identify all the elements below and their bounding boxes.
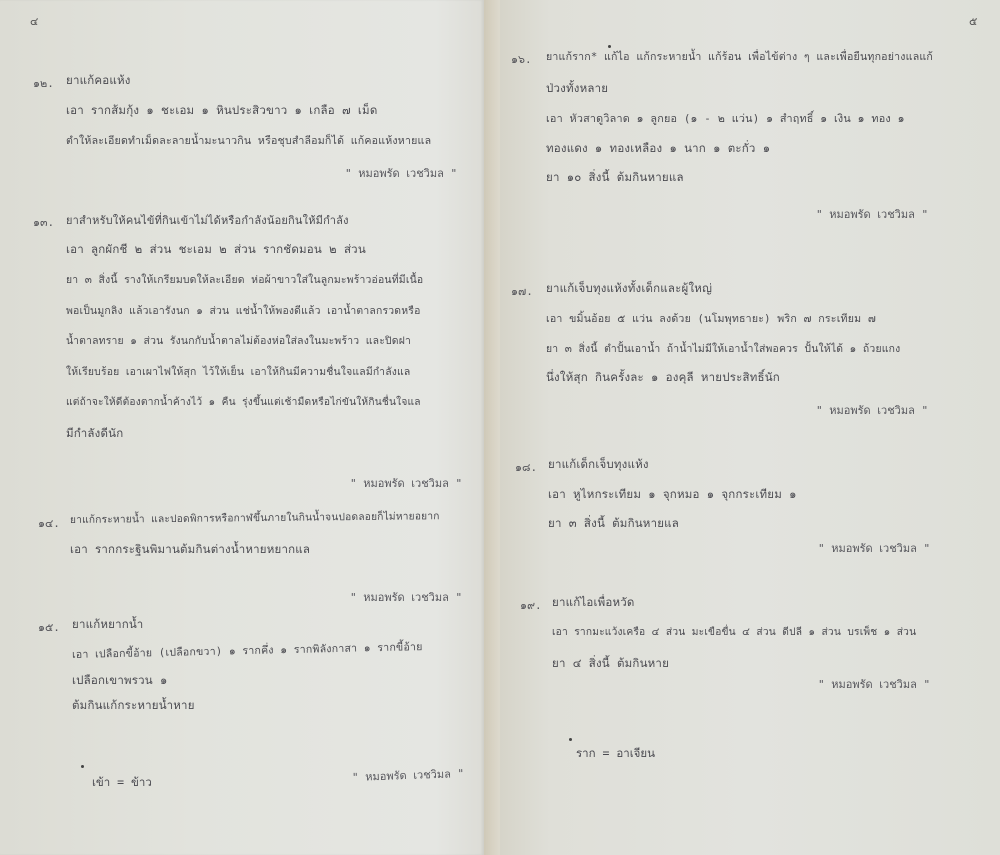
signature: " หมอพรัด เวชวิมล " — [818, 539, 930, 557]
entry-line: เอา รากมะแว้งเครือ ๔ ส่วน มะเขือขื่น ๔ ส… — [552, 624, 916, 640]
asterisk-marker — [81, 765, 84, 768]
entry-line: ต้มกินแก้กระหายน้ำหาย — [72, 697, 195, 715]
entry-line: ยา ๑๐ สิ่งนี้ ต้มกินหายแล — [546, 169, 684, 187]
entry-number: ๑๖. — [511, 50, 532, 68]
entry-line: ยา ๔ สิ่งนี้ ต้มกินหาย — [552, 655, 669, 673]
entry-line: เอา ลูกผักชี ๒ ส่วน ชะเอม ๒ ส่วน รากชัดม… — [66, 241, 366, 259]
entry-line: ยา ๓ สิ่งนี้ ตำปั้นเอาน้ำ ถ้าน้ำไม่มีให้… — [546, 340, 900, 357]
signature: " หมอพรัด เวชวิมล " — [345, 164, 457, 182]
entry-title: ยาแก้คอแห้ง — [66, 72, 131, 90]
entry-line: นึ่งให้สุก กินครั้งละ ๑ องคุลี หายประสิท… — [546, 369, 780, 387]
entry-line: ให้เรียบร้อย เอาเผาไฟให้สุก ไว้ให้เย็น เ… — [66, 363, 411, 380]
entry-title: ยาแก้กระหายน้ำ และปอดพิการหรือกาฬขึ้นภาย… — [70, 508, 440, 528]
entry-line: เปลือกเขาพรวน ๑ — [72, 672, 168, 690]
signature: " หมอพรัด เวชวิมล " — [350, 588, 462, 606]
entry-line: เอา ขมิ้นอ้อย ๕ แว่น ลงด้วย (นโมพุทธายะ)… — [546, 310, 876, 327]
entry-number: ๑๓. — [33, 213, 54, 231]
entry-line: ยา ๓ สิ่งนี้ ต้มกินหายแล — [548, 515, 679, 533]
right-page: ๕ ๑๖. ยาแก้ราก* แก้ไอ แก้กระหายน้ำ แก้ร้… — [500, 0, 1000, 855]
signature: " หมอพรัด เวชวิมล " — [352, 764, 465, 786]
signature: " หมอพรัด เวชวิมล " — [350, 474, 462, 492]
entry-line: ทองแดง ๑ ทองเหลือง ๑ นาก ๑ ตะกั่ว ๑ — [546, 140, 770, 158]
entry-number: ๑๘. — [515, 458, 537, 476]
entry-number: ๑๙. — [520, 596, 542, 614]
signature: " หมอพรัด เวชวิมล " — [816, 401, 928, 419]
entry-line: ตำให้ละเอียดทำเม็ดละลายน้ำมะนาวกิน หรือช… — [66, 132, 431, 149]
footnote-text: เข้า = ข้าว — [92, 774, 152, 792]
entry-line: ป่วงทั้งหลาย — [546, 80, 608, 98]
entry-line: น้ำตาลทราย ๑ ส่วน รังนกกับน้ำตาลไม่ต้องห… — [66, 332, 411, 349]
entry-line: มีกำลังดีนัก — [66, 425, 123, 443]
page-number: ๔ — [30, 12, 38, 30]
entry-line: แต่ถ้าจะให้ดีต้องตากน้ำค้างไว้ ๑ คืน รุ่… — [66, 394, 421, 410]
entry-number: ๑๗. — [511, 282, 533, 300]
entry-number: ๑๒. — [33, 74, 54, 92]
entry-line: เอา หัวสาดูวิลาด ๑ ลูกยอ (๑ - ๒ แว่น) ๑ … — [546, 110, 905, 127]
footnote-text: ราก = อาเจียน — [576, 745, 655, 763]
entry-title: ยาแก้หยากน้ำ — [72, 616, 143, 634]
entry-title: ยาแก้ราก* แก้ไอ แก้กระหายน้ำ แก้ร้อน เพื… — [546, 48, 933, 65]
entry-line: เอา เปลือกขี้อ้าย (เปลือกขวา) ๑ รากคึ่ง … — [72, 638, 423, 663]
entry-number: ๑๔. — [38, 514, 60, 532]
entry-number: ๑๕. — [38, 618, 60, 636]
entry-line: เอา รากกระฐินพิมานต้มกินต่างน้ำหายหยากแล — [70, 541, 310, 559]
left-page: ๔ ๑๒. ยาแก้คอแห้ง เอา รากส้มกุ้ง ๑ ชะเอม… — [0, 0, 484, 855]
entry-line: เอา หูไหกระเทียม ๑ จุกหมอ ๑ จุกกระเทียม … — [548, 486, 797, 504]
entry-title: ยาแก้เจ็บทุงแห้งทั้งเด็กและผู้ใหญ่ — [546, 280, 712, 298]
entry-title: ยาแก้เด็กเจ็บทุงแห้ง — [548, 456, 649, 474]
entry-line: พอเป็นมูกลิง แล้วเอารังนก ๑ ส่วน แช่น้ำใ… — [66, 302, 421, 319]
entry-title: ยาแก้ไอเพื่อหวัด — [552, 594, 635, 612]
asterisk-marker — [608, 45, 611, 48]
asterisk-marker — [569, 738, 572, 741]
entry-line: ยา ๓ สิ่งนี้ รางให้เกรียมบดให้ละเอียด ห่… — [66, 271, 423, 288]
page-number: ๕ — [969, 12, 977, 30]
open-book-spread: ๔ ๑๒. ยาแก้คอแห้ง เอา รากส้มกุ้ง ๑ ชะเอม… — [0, 0, 1000, 855]
signature: " หมอพรัด เวชวิมล " — [818, 675, 930, 693]
signature: " หมอพรัด เวชวิมล " — [816, 205, 928, 223]
entry-title: ยาสำหรับให้คนไข้ที่กินเข้าไม่ได้หรือกำลั… — [66, 211, 349, 229]
entry-line: เอา รากส้มกุ้ง ๑ ชะเอม ๑ หินประสิวขาว ๑ … — [66, 102, 378, 120]
